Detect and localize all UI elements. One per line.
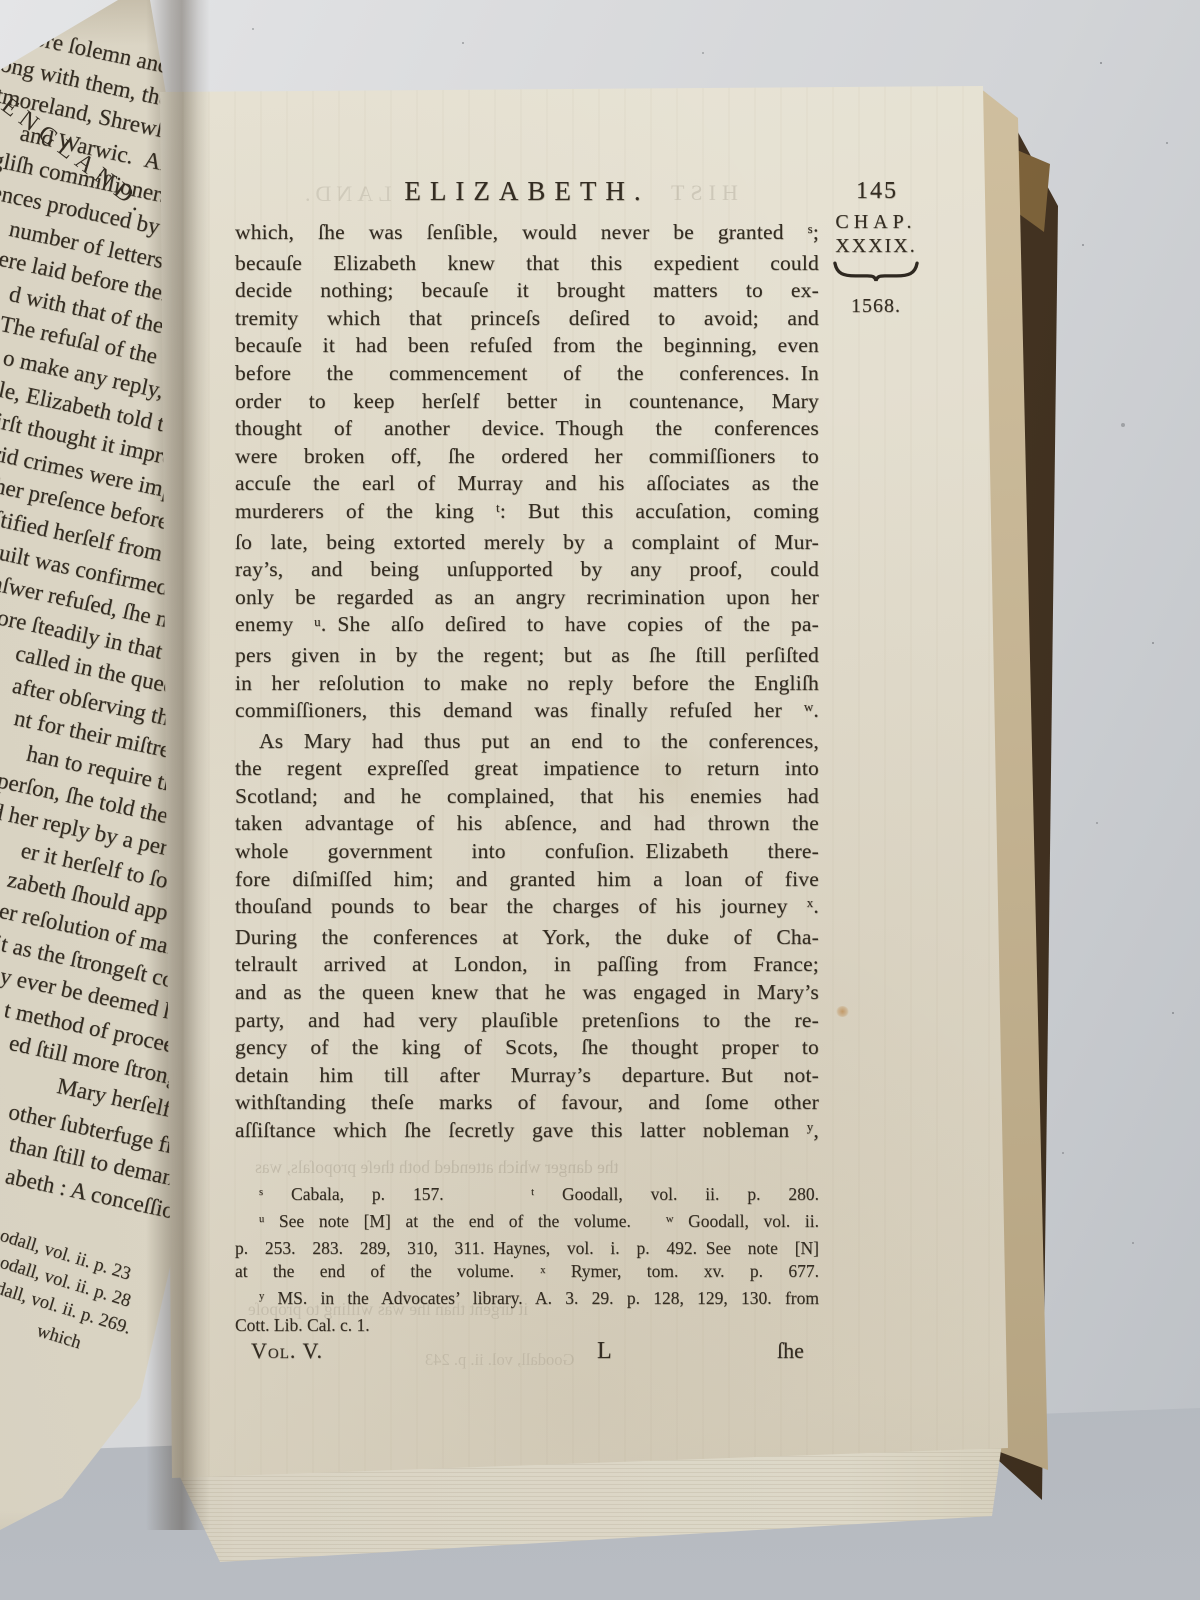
body-text-line: whole government into confuſion. Elizabe… [235,838,819,866]
chapter-margin-note: CHAP. XXXIX. 1568. [820,210,932,318]
body-text-line: and as the queen knew that he was engage… [235,979,819,1007]
footnote-line: Cott. Lib. Cal. c. 1. [235,1314,819,1338]
year-label: 1568. [820,295,932,318]
body-text-line: telrault arrived at London, in paſſing f… [235,951,819,979]
body-text-line: ray’s, and being unſupported by any proo… [235,556,819,584]
left-text-line: other ſubterfuge fro [0,1037,188,1165]
body-text-line: before the commencement of the conferenc… [235,360,819,388]
left-text-line: nſwer refuſed, ſhe mu [0,513,188,641]
left-text-line: guilt was confirmed b [0,480,188,608]
signature-mark: L [597,1338,612,1365]
body-text-line: fore diſmiſſed him; and granted him a lo… [235,866,819,894]
left-text-line: Mary herſelf t. [0,1002,189,1132]
body-text-line: detain him till after Murray’s departure… [235,1062,819,1090]
body-text: which, ſhe was ſenſible, would never be … [235,219,819,1148]
page-number: 145 [856,178,926,205]
left-text-line: than ſtill to demand [0,1070,188,1198]
left-text-line: han to require the [0,676,188,804]
body-text-line: aſſiſtance which ſhe ſecretly gave this … [235,1117,819,1148]
left-text-line: it as the ſtrongeſt con [0,871,188,999]
body-text-line: gency of the king of Scots, ſhe thought … [235,1034,819,1062]
chapter-numeral: XXXIX. [820,234,932,258]
chapter-brace-icon [820,260,932,287]
footnote-line: y MS. in the Advocates’ library. A. 3. 2… [235,1287,819,1314]
left-text-line: abeth : A conceſſion [0,1102,188,1230]
body-text-line: During the conferences at York, the duke… [235,924,819,952]
body-text-line: withſtanding theſe marks of favour, and … [235,1089,819,1117]
left-text-line: le, Elizabeth told the [0,317,188,445]
footnotes: s Cabala, p. 157. t Goodall, vol. ii. p.… [235,1183,819,1338]
left-text-line: ere laid before them, [0,187,188,315]
left-text-line: after obſerving that [0,611,188,739]
body-text-line: accuſe the earl of Murray and his aſſoci… [235,470,819,498]
chapter-label: CHAP. [820,210,932,234]
running-header-title: ELIZABETH. [235,176,819,207]
left-text-line: o make any reply, w [0,285,188,413]
left-text-line: ed ſtill more ſtrongl [0,969,188,1097]
body-text-line: becauſe Elizabeth knew that this expedie… [235,250,819,278]
footnote-line: p. 253. 283. 289, 310, 311. Haynes, vol.… [235,1237,819,1261]
book-photograph: OF ENGLAND. tter more ſolemn and aalong … [0,0,1200,1600]
left-text-line: t method of proceed [0,937,188,1065]
left-text-line: ore ſteadily in that re [0,545,188,673]
body-text-line: were broken off, ſhe ordered her commiſſ… [235,443,819,471]
body-text-line: which, ſhe was ſenſible, would never be … [235,219,819,250]
body-text-line: murderers of the king t: But this accuſa… [235,498,819,529]
left-text-line: ſtified herſelf from th [0,448,188,576]
ghost-text-line: the danger which attended both theſe pro… [255,1157,619,1178]
body-text-line: in her reſolution to make no reply befor… [235,670,819,698]
footnote-line: at the end of the volume. x Rymer, tom. … [235,1260,819,1287]
body-text-line: enemy u. She alſo deſired to have copies… [235,611,819,642]
left-text-line: The refuſal of the qu [0,252,188,380]
body-text-line: commiſſioners, this demand was finally r… [235,697,819,728]
left-footnote-line: Goodall, vol. ii. p. 28 [0,1178,134,1315]
left-text-line: nt for their miſtreſs [0,643,188,771]
left-text-line: ey ever be deemed he [0,904,188,1032]
body-text-line: Scotland; and he complained, that his en… [235,783,819,811]
left-text-line: rid crimes were impu [0,382,188,510]
left-text-line: er it herſelf to ſom [0,774,188,902]
body-text-line: order to keep herſelf better in countena… [235,388,819,416]
left-text-line: called in the queen [0,578,188,706]
volume-label: Vol. V. [251,1338,323,1364]
catchword: ſhe [777,1338,804,1364]
left-text-line: irſt thought it improp [0,350,188,478]
left-text-line: er reſolution of maki [0,839,188,967]
dust-specks [0,0,2,2]
body-text-line: becauſe it had been refuſed from the beg… [235,332,819,360]
body-text-line: thouſand pounds to bear the charges of h… [235,893,819,924]
body-text-line: pers given in by the regent; but as ſhe … [235,642,819,670]
left-text-line: ences produced by M [0,122,188,250]
left-footnote-line: Goodall, vol. ii. p. 23 [0,1151,134,1288]
left-text-line: and Warwic. All t [0,56,188,184]
left-text-line: d her reply by a perſo [0,741,188,869]
left-footnote-line: which [0,1235,134,1372]
left-text-line: d with that of the le [0,219,188,347]
body-text-line: only be regarded as an angry recriminati… [235,584,819,612]
body-text-line: thought of another device. Though the co… [235,415,819,443]
body-text-line: the regent expreſſed great impatience to… [235,755,819,783]
left-text-line: zabeth ſhould appoi [0,806,188,934]
body-text-line: taken advantage of his abſence, and had … [235,810,819,838]
left-text-line: gliſh commiſſioners a [0,89,188,217]
body-text-line: party, and had very plauſible pretenſion… [235,1007,819,1035]
left-text-line: to her preſence before h [0,415,188,543]
body-text-line: decide nothing; becauſe it brought matte… [235,277,819,305]
footnote-line: s Cabala, p. 157. t Goodall, vol. ii. p.… [235,1183,819,1210]
page-footer: Vol. V. L ſhe [235,1338,819,1374]
left-page-footnotes: Goodall, vol. ii. p. 23Goodall, vol. ii.… [0,1262,130,1373]
left-page-text: tter more ſolemn and aalong with them, t… [0,54,185,1230]
body-text-line: tremity which that princeſs deſired to a… [235,305,819,333]
left-running-header: OF ENGLAND. [0,58,154,221]
footnote-line: u See note [M] at the end of the volume.… [235,1210,819,1237]
left-text-line: perſon, ſhe told them [0,708,188,836]
left-footnote-line: oodall, vol. ii. p. 269. [0,1205,134,1342]
body-text-line: As Mary had thus put an end to the confe… [235,728,819,756]
body-text-line: ſo late, being extorted merely by a comp… [235,529,819,557]
rust-stain [836,1006,849,1017]
left-text-line: number of letters w [0,154,188,282]
